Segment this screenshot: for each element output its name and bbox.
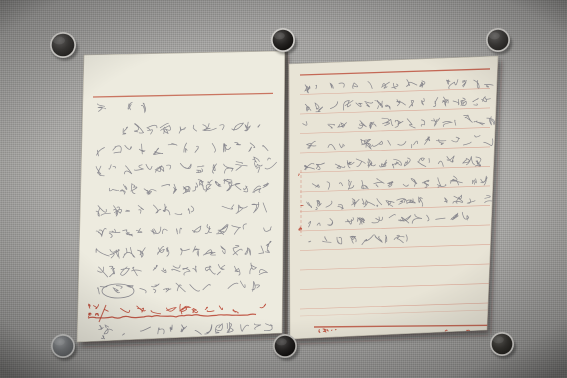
pin-top-left — [50, 32, 78, 60]
pin-bottom-left — [51, 334, 77, 361]
pin-bottom-right — [490, 332, 516, 359]
right-page — [289, 56, 498, 339]
pin-highlight — [274, 32, 285, 39]
scene-canvas — [0, 0, 567, 378]
right-page-paper — [289, 56, 498, 339]
pin-body — [275, 336, 296, 357]
pin-body — [492, 334, 513, 355]
pin-body — [488, 30, 509, 51]
pin-highlight — [276, 338, 287, 345]
pin-top-right — [486, 28, 512, 55]
page-gap-shadow — [286, 52, 287, 338]
pin-body — [52, 34, 75, 57]
pin-highlight — [489, 32, 500, 39]
pin-highlight — [53, 37, 65, 45]
pin-body — [53, 336, 74, 357]
pin-highlight — [54, 338, 65, 345]
pin-highlight — [493, 336, 504, 343]
pin-body — [273, 30, 294, 51]
left-page — [77, 51, 285, 342]
photo-of-pinned-handwritten-letters — [0, 0, 567, 378]
pin-top-center — [271, 28, 297, 55]
